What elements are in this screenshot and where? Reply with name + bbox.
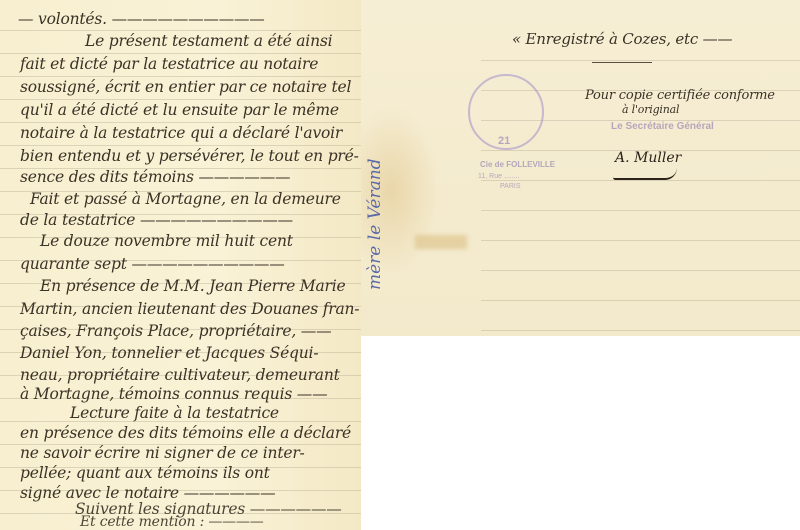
- ruled-line: [0, 145, 361, 146]
- handwritten-line: soussigné, écrit en entier par ce notair…: [20, 78, 351, 96]
- water-stain: [415, 235, 467, 249]
- handwritten-line: de la testatrice ——————————: [20, 211, 293, 229]
- handwritten-line: pellée; quant aux témoins ils ont: [20, 464, 270, 482]
- ruled-line: [481, 270, 800, 271]
- right-page: [361, 0, 800, 336]
- ruled-line: [0, 53, 361, 54]
- handwritten-line: qu'il a été dicté et lu ensuite par le m…: [20, 101, 339, 119]
- ruled-line: [481, 180, 800, 181]
- signature: A. Muller: [615, 150, 681, 166]
- handwritten-line: Fait et passé à Mortagne, en la demeure: [30, 190, 341, 208]
- handwritten-line: fait et dicté par la testatrice au notai…: [20, 55, 318, 73]
- handwritten-line: bien entendu et y persévérer, le tout en…: [20, 147, 359, 165]
- secretary-stamp: Le Secrétaire Général: [611, 121, 714, 132]
- margin-note-vertical: mère le Vérand: [365, 158, 385, 290]
- handwritten-line: Le douze novembre mil huit cent: [40, 232, 293, 250]
- certification-line1: Pour copie certifiée conforme: [585, 88, 775, 103]
- ruled-line: [481, 330, 800, 331]
- handwritten-line: neau, propriétaire cultivateur, demeuran…: [20, 366, 340, 384]
- ruled-line: [0, 99, 361, 100]
- handwritten-line: sence des dits témoins ——————: [20, 168, 290, 186]
- signature-flourish: [613, 168, 677, 180]
- flourish-line: [592, 62, 652, 63]
- handwritten-line: — volontés. ——————————: [18, 10, 265, 28]
- company-stamp-line3: PARIS: [500, 183, 521, 190]
- ruled-line: [0, 30, 361, 31]
- ruled-line: [481, 210, 800, 211]
- handwritten-line: Lecture faite à la testatrice: [70, 404, 279, 422]
- ruled-line: [481, 300, 800, 301]
- ruled-line: [481, 240, 800, 241]
- handwritten-line: Daniel Yon, tonnelier et Jacques Séqui-: [20, 344, 318, 362]
- handwritten-line: ne savoir écrire ni signer de ce inter-: [20, 444, 305, 462]
- handwritten-line: çaises, François Place, propriétaire, ——: [20, 322, 331, 340]
- ruled-line: [481, 60, 800, 61]
- company-stamp-line2: 11, Rue ........: [478, 173, 520, 180]
- handwritten-line: en présence des dits témoins elle a décl…: [20, 424, 351, 442]
- round-stamp-number: 21: [498, 135, 510, 147]
- handwritten-line: notaire à la testatrice qui a déclaré l'…: [20, 124, 342, 142]
- handwritten-line: quarante sept ——————————: [20, 255, 285, 273]
- handwritten-line: à Mortagne, témoins connus requis ——: [20, 385, 327, 403]
- handwritten-line: Le présent testament a été ainsi: [85, 32, 332, 50]
- certification-line2: à l'original: [622, 103, 679, 116]
- handwritten-line: Martin, ancien lieutenant des Douanes fr…: [20, 300, 359, 318]
- ruled-line: [0, 122, 361, 123]
- company-stamp-line1: Cie de FOLLEVILLE: [480, 160, 555, 169]
- left-page: — volontés. —————————— Le présent testam…: [0, 0, 361, 530]
- registration-note: « Enregistré à Cozes, etc ——: [512, 30, 732, 48]
- handwritten-line: En présence de M.M. Jean Pierre Marie: [40, 277, 345, 295]
- handwritten-line: Et cette mention : ————: [80, 514, 264, 530]
- ruled-line: [0, 76, 361, 77]
